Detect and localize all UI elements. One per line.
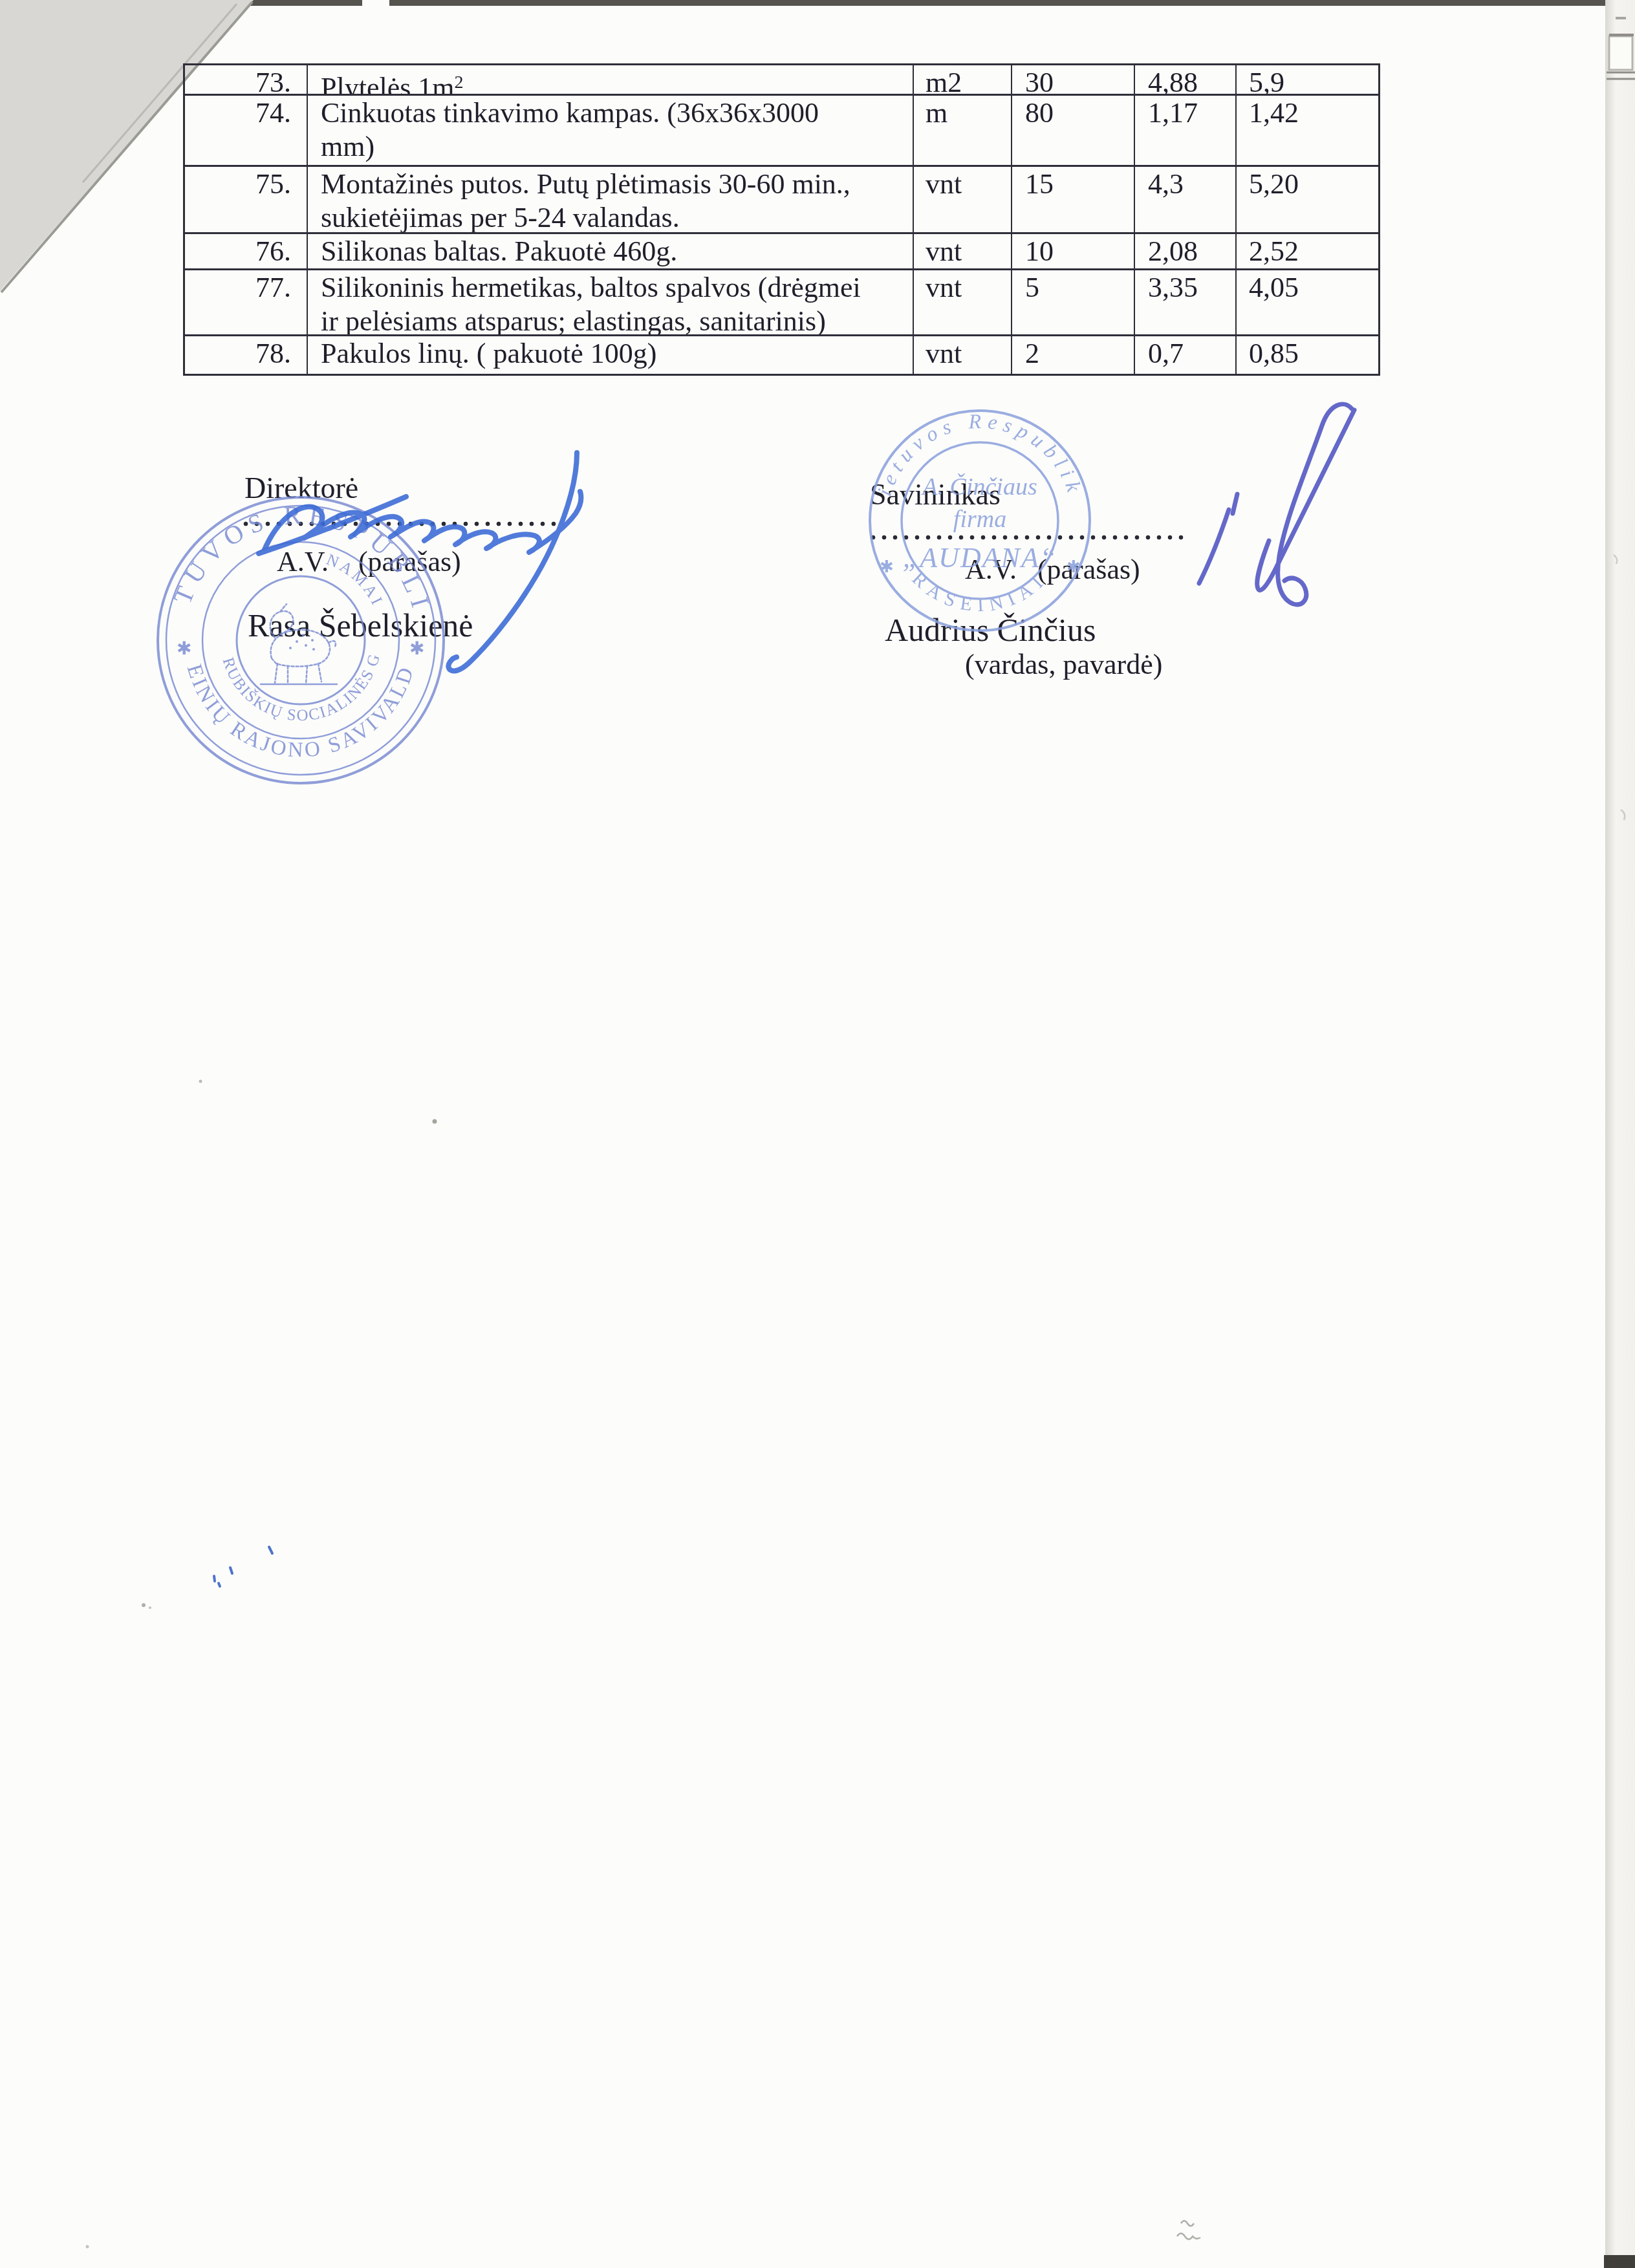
row-unit: vnt [914, 270, 1012, 334]
row-quantity: 80 [1012, 96, 1135, 165]
scan-corner-shadow [1604, 2255, 1635, 2268]
svg-text:RASEINIAI: RASEINIAI [908, 568, 1052, 616]
scan-edge-bar-gap [362, 0, 389, 6]
table-row: 75. Montažinės putos. Putų plėtimasis 30… [185, 167, 1378, 234]
row-unit-price: 4,3 [1135, 167, 1237, 232]
row-number: 75. [185, 167, 308, 232]
row-unit-price: 1,17 [1135, 96, 1237, 165]
table-row: 73. Plytelės 1m2 m2 30 4,88 5,9 [185, 65, 1378, 96]
svg-text:LIETUVOS RESPUBLIKA: LIETUVOS RESPUBLIKA [168, 500, 437, 646]
table-row: 74. Cinkuotas tinkavimo kampas. (36x36x3… [185, 96, 1378, 167]
stamp-bottom-text: RASEINIAI [908, 568, 1052, 616]
table-row: 76. Silikonas baltas. Pakuotė 460g. vnt … [185, 234, 1378, 270]
name-caption-right: (vardas, pavardė) [965, 648, 1162, 681]
row-quantity: 5 [1012, 270, 1135, 334]
table-row: 78. Pakulos linų. ( pakuotė 100g) vnt 2 … [185, 336, 1378, 374]
stamp-star-right-icon: ✱ [409, 639, 424, 659]
row-description: Silikonas baltas. Pakuotė 460g. [308, 234, 914, 268]
row-description: Silikoninis hermetikas, baltos spalvos (… [308, 270, 914, 334]
stamp-emblem-stipple [289, 634, 315, 651]
row-number: 77. [185, 270, 308, 334]
stamp-star-left-icon: ✱ [177, 639, 191, 659]
row-unit-price: 0,7 [1135, 336, 1237, 374]
stamp-firm-owner-text: A. Činčiaus [920, 473, 1037, 501]
row-price-vat: 1,42 [1237, 96, 1378, 165]
row-unit: m [914, 96, 1012, 165]
superscript: 2 [455, 72, 464, 92]
scanned-document-page: { "document": { "kind": "scanned materia… [0, 0, 1635, 2268]
row-number: 74. [185, 96, 308, 165]
row-price-vat: 2,52 [1237, 234, 1378, 268]
row-number: 73. [185, 65, 308, 94]
row-description: Montažinės putos. Putų plėtimasis 30-60 … [308, 167, 914, 232]
row-description: Pakulos linų. ( pakuotė 100g) [308, 336, 914, 374]
table-row: 77. Silikoninis hermetikas, baltos spalv… [185, 270, 1378, 336]
handwritten-signature-right [1199, 404, 1354, 605]
stamp-outer-top-text: LIETUVOS RESPUBLIKA [168, 500, 437, 646]
materials-table: 73. Plytelės 1m2 m2 30 4,88 5,9 74. Cink… [183, 63, 1380, 376]
official-round-stamp-left: LIETUVOS RESPUBLIKA RASEINIŲ RAJONO SAVI… [149, 488, 453, 792]
stamp-audana-text: „AUDANA“ [903, 542, 1057, 574]
scan-right-edge [1605, 0, 1635, 2268]
row-unit-price: 3,35 [1135, 270, 1237, 334]
row-number: 76. [185, 234, 308, 268]
row-price-vat: 4,05 [1237, 270, 1378, 334]
row-number: 78. [185, 336, 308, 374]
stamp-animal-emblem-icon [261, 604, 337, 684]
row-quantity: 15 [1012, 167, 1135, 232]
scan-squiggle [1177, 555, 1625, 2240]
row-unit: vnt [914, 234, 1012, 268]
row-description: Cinkuotas tinkavimo kampas. (36x36x3000 … [308, 96, 914, 165]
stamp-star-left-icon: ✱ [880, 557, 894, 576]
stamp-firma-text: firma [953, 506, 1006, 533]
row-unit: vnt [914, 167, 1012, 232]
row-unit: m2 [914, 65, 1012, 94]
stamp-inner-bottom-text: BLINSTRUBIŠKIŲ SOCIALINĖS GLOBOS [219, 627, 384, 724]
row-unit: vnt [914, 336, 1012, 374]
row-unit-price: 4,88 [1135, 65, 1237, 94]
row-quantity: 2 [1012, 336, 1135, 374]
row-unit-price: 2,08 [1135, 234, 1237, 268]
ink-specks [214, 1547, 272, 1586]
scan-specks [86, 1080, 437, 2249]
row-description: Plytelės 1m2 [308, 65, 914, 94]
description-text: Plytelės 1m [321, 72, 455, 94]
official-round-stamp-right: Lietuvos Respublika RASEINIAI A. Činčiau… [857, 398, 1103, 643]
row-quantity: 10 [1012, 234, 1135, 268]
svg-text:BLINSTRUBIŠKIŲ SOCIALINĖS GLOB: BLINSTRUBIŠKIŲ SOCIALINĖS GLOBOS [219, 627, 384, 724]
row-price-vat: 0,85 [1237, 336, 1378, 374]
row-price-vat: 5,9 [1237, 65, 1378, 94]
stamp-star-right-icon: ✱ [1067, 557, 1081, 576]
row-price-vat: 5,20 [1237, 167, 1378, 232]
row-quantity: 30 [1012, 65, 1135, 94]
scan-edge-bar [194, 0, 1607, 6]
